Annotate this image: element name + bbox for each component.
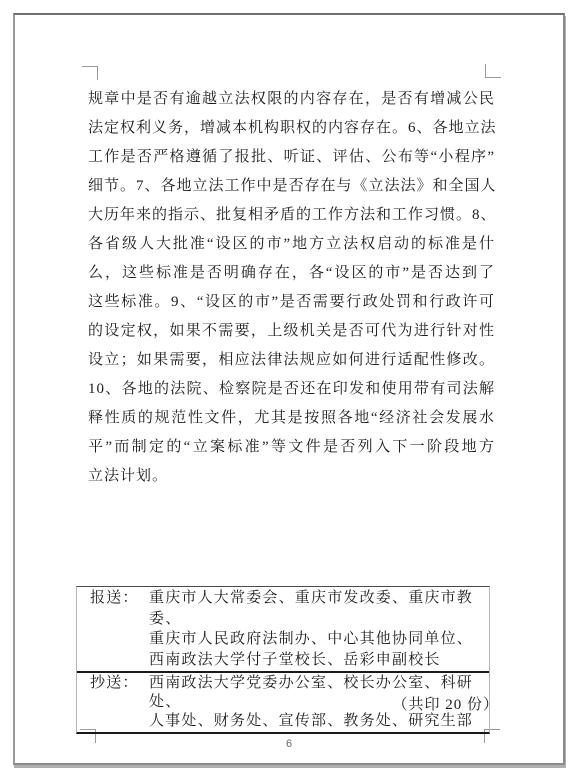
submitted-to-line: 重庆市人民政府法制办、中心其他协同单位、 (149, 629, 485, 650)
body-line: 设立；如果需要，相应法律法规应如何进行适配性修改。 (88, 346, 495, 375)
body-line: 各省级人大批准“设区的市”地方立法权启动的标准是什 (88, 230, 495, 259)
body-line: 细节。7、各地立法工作中是否存在与《立法法》和全国人 (88, 172, 495, 201)
document-page: 规章中是否有逾越立法权限的内容存在，是否有增减公民 法定权利义务，增减本机构职权… (13, 13, 565, 765)
body-line: 大历年来的指示、批复相矛盾的工作方法和工作习惯。8、 (88, 201, 495, 230)
print-count-note: （共印 20 份） (392, 693, 499, 714)
copied-to-line: 人事处、财务处、宣传部、教务处、研究生部 (149, 712, 485, 731)
body-line: 立法计划。 (88, 462, 495, 491)
margin-corner-mark-top-right (485, 64, 501, 78)
body-line: 规章中是否有逾越立法权限的内容存在，是否有增减公民 (88, 85, 495, 114)
body-paragraph: 规章中是否有逾越立法权限的内容存在，是否有增减公民 法定权利义务，增减本机构职权… (88, 85, 495, 491)
page-content-area: 规章中是否有逾越立法权限的内容存在，是否有增减公民 法定权利义务，增减本机构职权… (15, 15, 563, 763)
table-row-submitted-to: 报送： 重庆市人大常委会、重庆市发改委、重庆市教委、 重庆市人民政府法制办、中心… (77, 587, 489, 673)
submitted-to-label: 报送： (90, 588, 149, 670)
body-line: 释性质的规范性文件，尤其是按照各地“经济社会发展水 (88, 404, 495, 433)
submitted-to-content: 重庆市人大常委会、重庆市发改委、重庆市教委、 重庆市人民政府法制办、中心其他协同… (149, 588, 485, 670)
page-number: 6 (15, 738, 563, 750)
margin-corner-mark-top-left (82, 66, 98, 80)
body-line: 这些标准。9、“设区的市”是否需要行政处罚和行政许可 (88, 288, 495, 317)
body-line: 工作是否严格遵循了报批、听证、评估、公布等“小程序” (88, 143, 495, 172)
body-line: 的设定权，如果不需要，上级机关是否可代为进行针对性 (88, 317, 495, 346)
submitted-to-line: 西南政法大学付子堂校长、岳彩申副校长 (149, 650, 485, 671)
submitted-to-line: 重庆市人大常委会、重庆市发改委、重庆市教委、 (149, 588, 485, 629)
copied-to-label: 抄送： (90, 674, 149, 731)
body-line: 10、各地的法院、检察院是否还在印发和使用带有司法解 (88, 375, 495, 404)
body-line: 法定权利义务，增减本机构职权的内容存在。6、各地立法 (88, 114, 495, 143)
body-line: 平”而制定的“立案标准”等文件是否列入下一阶段地方 (88, 433, 495, 462)
body-line: 么，这些标准是否明确存在，各“设区的市”是否达到了 (88, 259, 495, 288)
